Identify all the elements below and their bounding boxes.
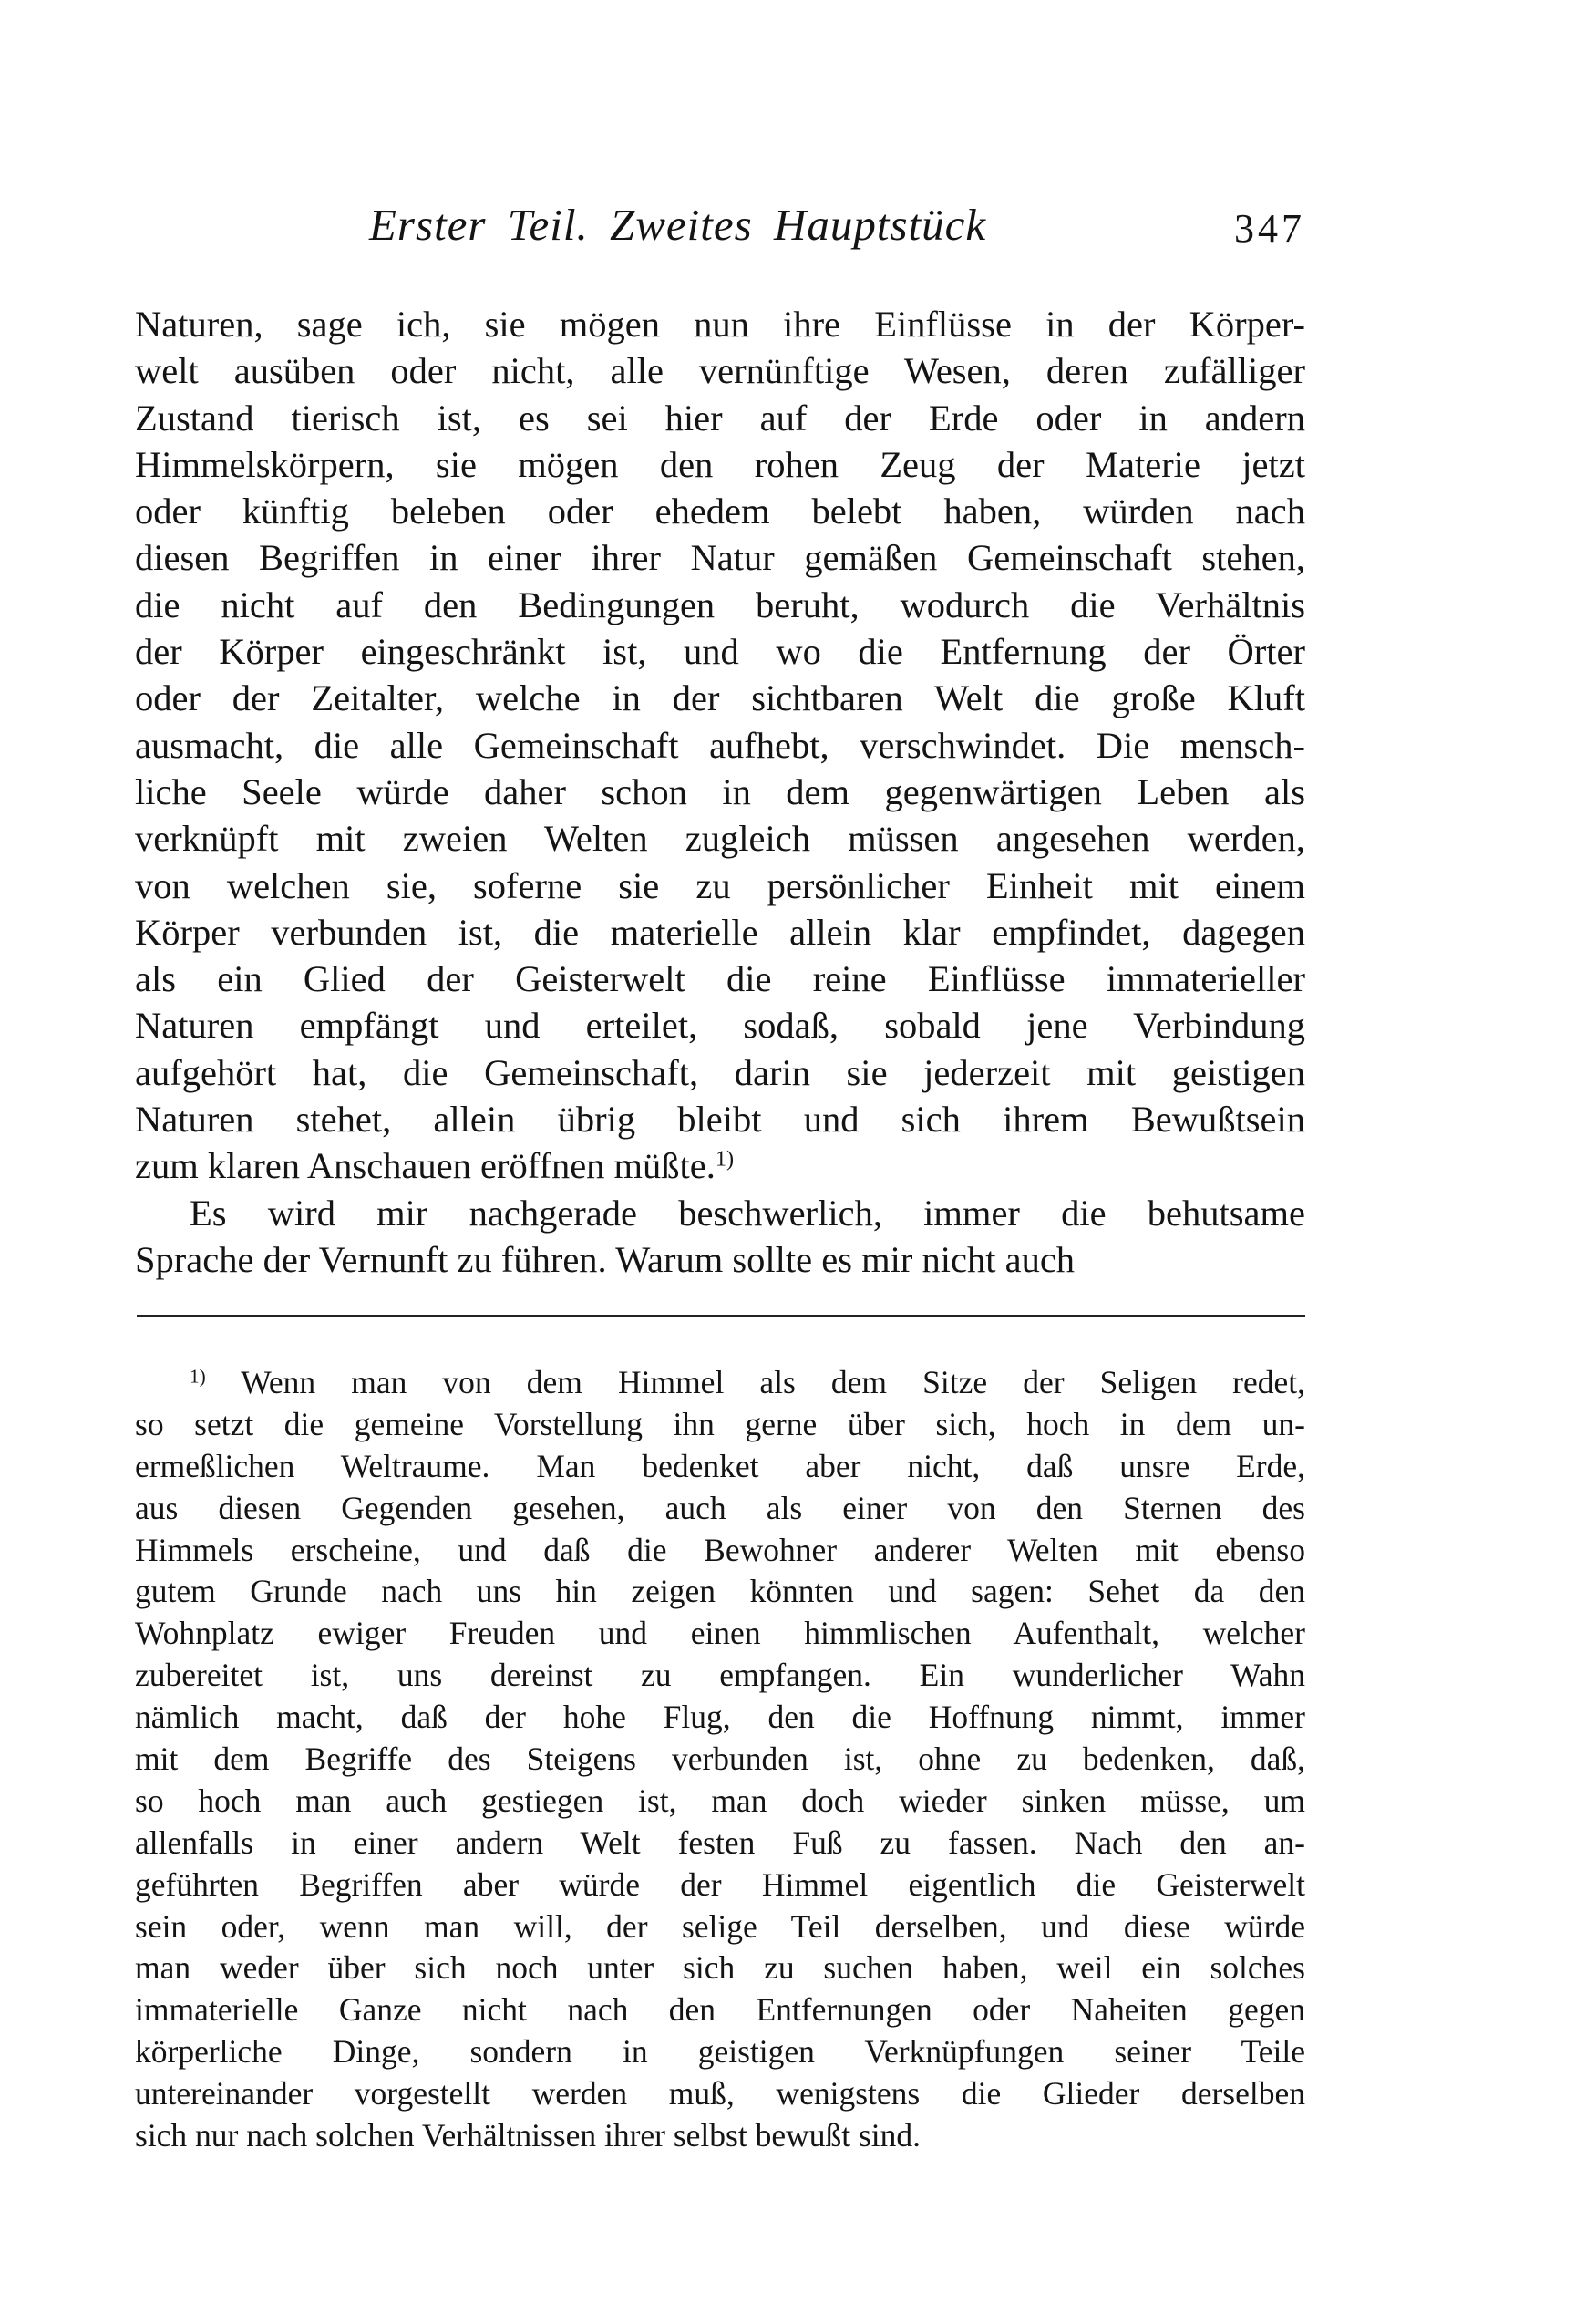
text-line: Naturen, sage ich, sie mögen nun ihre Ei… [135, 301, 1305, 347]
footnote-reference[interactable]: 1) [716, 1147, 734, 1172]
book-page: Erster Teil. Zweites Hauptstück 347 Natu… [0, 0, 1596, 2314]
footnote-line: mit dem Begriffe des Steigens verbunden … [135, 1739, 1305, 1781]
running-head: Erster Teil. Zweites Hauptstück 347 [135, 193, 1305, 257]
text-line: verknüpft mit zweien Welten zugleich müs… [135, 815, 1305, 862]
footnote-line: man weder über sich noch unter sich zu s… [135, 1947, 1305, 1989]
footnote-line: sich nur nach solchen Verhältnissen ihre… [135, 2115, 1305, 2157]
footnote-line: körperliche Dinge, sondern in geistigen … [135, 2031, 1305, 2073]
text-line: Naturen empfängt und erteilet, sodaß, so… [135, 1002, 1305, 1049]
footnote-line: Himmels erscheine, und daß die Bewohner … [135, 1530, 1305, 1572]
footnote-line: untereinander vorgestellt werden muß, we… [135, 2073, 1305, 2115]
footnote-marker: 1) [190, 1365, 206, 1387]
text-line-with-footnote-ref: zum klaren Anschauen eröffnen müßte.1) [135, 1142, 1305, 1189]
footnote-text: Wenn man von dem Himmel als dem Sitze de… [241, 1364, 1305, 1400]
text-line: Naturen stehet, allein übrig bleibt und … [135, 1096, 1305, 1142]
footnote-divider [137, 1315, 1305, 1317]
text-line: als ein Glied der Geisterwelt die reine … [135, 956, 1305, 1002]
text-line: Zustand tierisch ist, es sei hier auf de… [135, 395, 1305, 441]
text-line: diesen Begriffen in einer ihrer Natur ge… [135, 534, 1305, 581]
footnote-line: so setzt die gemeine Vorstellung ihn ger… [135, 1404, 1305, 1446]
footnote-line: gutem Grunde nach uns hin zeigen könnten… [135, 1571, 1305, 1613]
main-text: Naturen, sage ich, sie mögen nun ihre Ei… [135, 301, 1305, 1283]
footnote-line: immaterielle Ganze nicht nach den Entfer… [135, 1989, 1305, 2031]
footnote-line: sein oder, wenn man will, der selige Tei… [135, 1906, 1305, 1948]
footnote-line: allenfalls in einer andern Welt festen F… [135, 1823, 1305, 1865]
footnote-first-line: 1) Wenn man von dem Himmel als dem Sitze… [135, 1362, 1305, 1404]
text-line: der Körper eingeschränkt ist, und wo die… [135, 628, 1305, 675]
footnote-line: geführten Begriffen aber würde der Himme… [135, 1865, 1305, 1906]
footnote-line: nämlich macht, daß der hohe Flug, den di… [135, 1697, 1305, 1739]
text-line: zum klaren Anschauen eröffnen müßte. [135, 1145, 716, 1186]
footnote-line: aus diesen Gegenden gesehen, auch als ei… [135, 1488, 1305, 1530]
text-line: Himmelskörpern, sie mögen den rohen Zeug… [135, 441, 1305, 488]
page-number: 347 [1234, 197, 1305, 261]
text-line: liche Seele würde daher schon in dem geg… [135, 769, 1305, 815]
footnote-line: Wohnplatz ewiger Freuden und einen himml… [135, 1613, 1305, 1655]
text-line: Körper verbunden ist, die materielle all… [135, 909, 1305, 956]
paragraph-start: Es wird mir nachgerade beschwerlich, imm… [135, 1190, 1305, 1236]
footnote-section: 1) Wenn man von dem Himmel als dem Sitze… [135, 1362, 1305, 2157]
text-line: oder künftig beleben oder ehedem belebt … [135, 488, 1305, 534]
text-line: Sprache der Vernunft zu führen. Warum so… [135, 1236, 1305, 1283]
text-line: die nicht auf den Bedingungen beruht, wo… [135, 582, 1305, 628]
footnote-line: so hoch man auch gestiegen ist, man doch… [135, 1781, 1305, 1823]
text-line: von welchen sie, soferne sie zu persönli… [135, 863, 1305, 909]
text-line: aufgehört hat, die Gemeinschaft, darin s… [135, 1049, 1305, 1096]
text-line: welt ausüben oder nicht, alle vernünftig… [135, 347, 1305, 394]
text-line: oder der Zeitalter, welche in der sichtb… [135, 675, 1305, 721]
footnote-line: zubereitet ist, uns dereinst zu empfange… [135, 1655, 1305, 1697]
running-title: Erster Teil. Zweites Hauptstück [369, 193, 986, 257]
footnote-line: ermeßlichen Weltraume. Man bedenket aber… [135, 1446, 1305, 1488]
text-line: ausmacht, die alle Gemeinschaft aufhebt,… [135, 722, 1305, 769]
